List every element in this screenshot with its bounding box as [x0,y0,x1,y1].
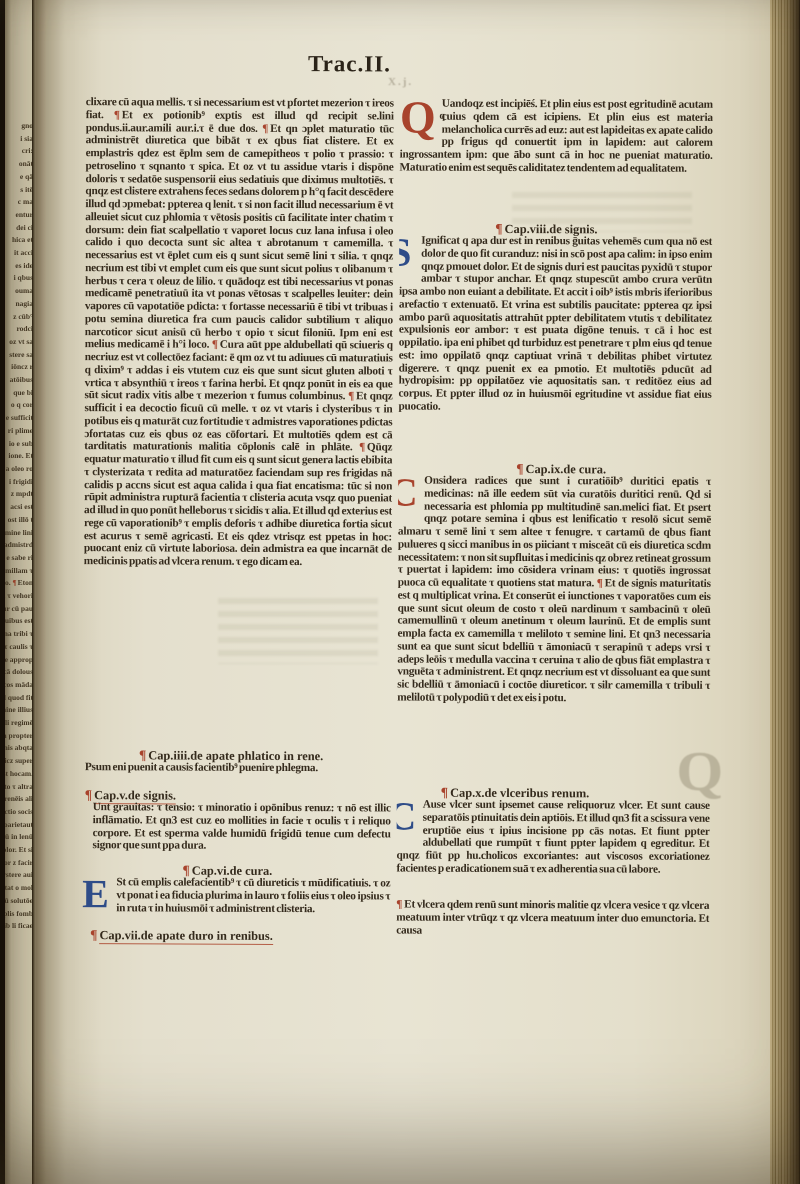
pilcrow-mark: ¶ [212,339,220,351]
pilcrow-mark: ¶ [516,461,525,476]
text-block: CAuse vlcer sunt ipsemet cause reliquoru… [396,798,709,895]
running-title: Trac.II. [308,51,391,77]
guide-letter: q [439,112,444,122]
text-block: QqUandoqz est incipiēś. Et plin eius est… [399,97,713,222]
chapter-heading-text: Cap.vii.de apate duro in renibus. [99,928,272,945]
pilcrow-mark: ¶ [441,785,450,800]
pilcrow-mark: ¶ [262,122,270,134]
illuminated-initial: Qq [399,98,438,138]
text-block: ¶Et vlcera qdem renū sunt minoris maliti… [396,898,709,943]
pilcrow-mark: ¶ [495,221,504,236]
pilcrow-mark: ¶ [182,863,191,878]
illuminated-initial: S [82,802,88,840]
pilcrow-mark: ¶ [90,927,99,942]
left-column: clixare cū aqua mellis. τ si necessarium… [82,96,393,877]
page-text: Trac.II. clixare cū aqua mellis. τ si ne… [0,0,800,1184]
illuminated-initial: S [398,235,417,273]
pilcrow-mark: ¶ [597,577,605,589]
pilcrow-mark: ¶ [114,109,122,121]
pilcrow-mark: ¶ [348,391,356,403]
chapter-heading: ¶Cap.vii.de apate duro in renibus. [82,928,398,943]
text-block: ESt cū emplis calefacientib⁹ τ cū diuret… [82,876,390,931]
book-photo: { "header": { "title": "Trac.II." }, "co… [0,0,800,1184]
illuminated-initial: E [82,877,112,915]
text-block: SUnt grauitas: τ tensio: τ minoratio i o… [82,801,390,868]
pilcrow-mark: ¶ [359,442,367,454]
right-column: QqUandoqz est incipiēś. Et plin eius est… [396,97,713,968]
pilcrow-mark: ¶ [85,787,94,802]
text-block: clixare cū aqua mellis. τ si necessarium… [83,96,394,749]
pilcrow-mark: ¶ [139,747,148,762]
pilcrow-mark: ¶ [396,898,404,910]
text-block: SIgnificat q apa dur est in renibus ḡuit… [398,234,712,461]
illuminated-initial: C [397,475,420,513]
illuminated-initial: C [396,799,418,837]
text-block: COnsidera radices que sunt i curatiōib⁹ … [397,474,711,781]
